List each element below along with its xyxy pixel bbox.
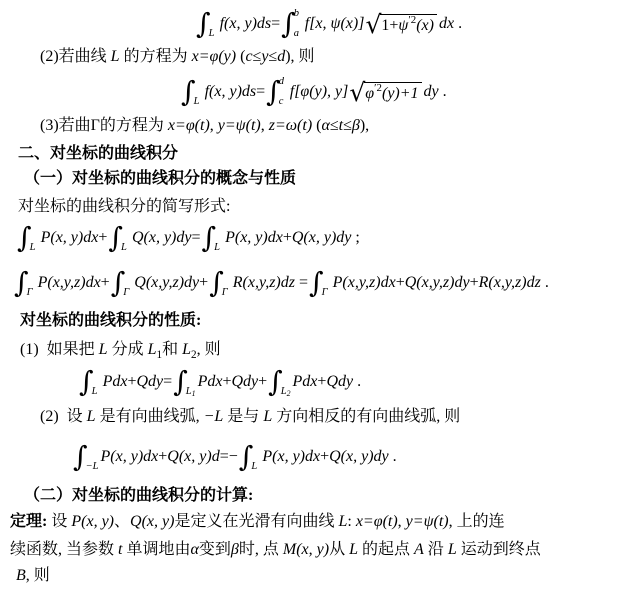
math-variable-run: L — [186, 386, 192, 397]
heading-properties: 对坐标的曲线积分的性质: — [20, 309, 201, 332]
formula-property-2-orientation: ∫−LP(x, y)dx+Q(x, y)d=−∫LP(x, y)dx+Q(x, … — [72, 440, 397, 474]
math-variable-run: L — [111, 48, 120, 65]
math-variable-run: L — [448, 541, 457, 558]
integral: ∫L1 — [173, 367, 195, 397]
integral: ∫L — [79, 367, 101, 397]
text-run: 从 — [329, 541, 349, 558]
text-run: 对坐标的曲线积分的简写形式: — [18, 198, 230, 215]
text-run: 续函数, 当参数 — [10, 541, 118, 558]
text-run: 1+ — [381, 18, 398, 34]
text-run: 单调地由 — [122, 541, 190, 558]
math-variable-run: f[φ(y), y] — [290, 84, 349, 100]
text-theorem-line-1: 定理: 设 P(x, y)、Q(x, y)是定义在光滑有向曲线 L: x=φ(t… — [10, 510, 505, 533]
integral-upper-limit — [186, 367, 196, 377]
text-run: . — [541, 275, 549, 291]
integral-limits: L — [30, 223, 39, 253]
integral: ∫ba — [281, 9, 303, 39]
integral-upper-limit — [251, 442, 260, 452]
text-run: + — [320, 449, 329, 465]
text-shorthand-intro: 对坐标的曲线积分的简写形式: — [18, 195, 230, 218]
text-run: + — [222, 374, 231, 390]
integral: ∫dc — [266, 77, 288, 107]
text-run: + — [101, 275, 110, 291]
text-run: . — [454, 16, 462, 32]
math-variable-run: x=φ(t) — [356, 513, 398, 530]
integral-upper-limit — [281, 367, 291, 377]
integral-lower-limit: L1 — [186, 387, 196, 398]
text-property-1: (1) 如果把 L 分成 L1和 L2, 则 — [20, 338, 221, 363]
math-variable-run: B — [16, 567, 26, 584]
formula-shorthand-2d: ∫LP(x, y)dx+∫LQ(x, y)dy=∫LP(x, y)dx+Q(x,… — [16, 221, 360, 255]
text-run: 定理: — [10, 513, 47, 530]
integral: ∫L — [181, 77, 203, 107]
text-case-3-space-curve: (3)若曲Γ的方程为 x=φ(t), y=ψ(t), z=ω(t) (α≤t≤β… — [40, 114, 369, 137]
radicand: φ′2(y)+1 — [364, 82, 421, 102]
text-run: + — [258, 374, 267, 390]
math-variable-run: y=ψ(t) — [218, 117, 261, 134]
integral: ∫−L — [73, 442, 99, 472]
math-variable-run: L — [99, 341, 108, 358]
integral-lower-limit: L — [30, 243, 39, 254]
text-run: 是有向曲线弧, — [96, 408, 204, 425]
text-property-2: (2) 设 L 是有向曲线弧, −L 是与 L 方向相反的有向曲线弧, 则 — [40, 405, 460, 428]
text-run: , — [261, 117, 269, 134]
text-run: 对坐标的曲线积分的性质: — [20, 312, 201, 329]
text-run: 是定义在光滑有向曲线 — [174, 513, 338, 530]
math-variable-run: Q(x, y)dy — [292, 230, 352, 246]
math-variable-run: Q(x,y,z)dy — [405, 275, 470, 291]
text-run: + — [199, 275, 208, 291]
text-run: 运动到终点 — [457, 541, 541, 558]
math-variable-run: α — [190, 541, 198, 558]
integral: ∫Γ — [209, 268, 231, 298]
math-variable-run: L — [87, 408, 96, 425]
text-run: 2 — [191, 349, 197, 361]
text-run: (1) 如果把 — [20, 341, 99, 358]
math-variable-run: z=ω(t) — [269, 117, 312, 134]
text-run: = — [271, 16, 280, 32]
math-variable-run: β — [231, 541, 239, 558]
heading-section-two: 二、对坐标的曲线积分 — [18, 142, 178, 165]
integral-limits: L — [92, 367, 101, 397]
math-variable-run: φ — [365, 86, 374, 102]
math-variable-run: f(x, y)ds — [205, 84, 257, 100]
math-variable-run: L — [263, 408, 272, 425]
integral-upper-limit — [123, 268, 132, 278]
text-run: , 则 — [197, 341, 221, 358]
square-root: √1+ψ′2(x) — [365, 12, 437, 37]
text-run: + — [127, 374, 136, 390]
math-variable-run: Q(x, y)dy — [132, 230, 192, 246]
math-variable-run: Pdx — [198, 374, 223, 390]
math-variable-run: L — [349, 541, 358, 558]
integral-lower-limit: Γ — [123, 288, 132, 299]
integral-upper-limit — [92, 367, 101, 377]
integral-lower-limit: c — [279, 97, 288, 108]
math-variable-run: P(x,y,z)dx — [333, 275, 396, 291]
math-variable-run: Qdy — [137, 374, 164, 390]
integral-lower-limit: Γ — [322, 288, 331, 299]
math-variable-run: f[x, ψ(x)] — [305, 16, 365, 32]
text-theorem-line-3: B, 则 — [16, 564, 50, 587]
integral-upper-limit — [86, 442, 99, 452]
integral-limits: L2 — [281, 367, 291, 397]
math-variable-run: Pdx — [103, 374, 128, 390]
text-run: 的方程为 — [120, 48, 192, 65]
math-variable-run: L — [182, 341, 191, 358]
text-run: = — [163, 374, 172, 390]
math-variable-run: x=φ(t) — [168, 117, 210, 134]
math-variable-run: P(x,y,z)dx — [38, 275, 101, 291]
text-case-2-curve-equation: (2)若曲线 L 的方程为 x=φ(y) (c≤y≤d), 则 — [40, 45, 315, 68]
text-run: 、 — [114, 513, 130, 530]
math-variable-run: P(x, y)dx — [262, 449, 320, 465]
math-variable-run: P(x, y)dx — [225, 230, 283, 246]
formula-arc-length-param-y: ∫Lf(x, y)ds=∫dcf[φ(y), y]√φ′2(y)+1dy . — [180, 75, 447, 109]
formula-arc-length-param-x: ∫Lf(x, y)ds=∫baf[x, ψ(x)]√1+ψ′2(x)dx . — [195, 7, 462, 41]
integral: ∫Γ — [111, 268, 133, 298]
integral-lower-limit: Γ — [27, 288, 36, 299]
math-variable-run: ψ — [398, 18, 408, 34]
math-variable-run: Qdy — [231, 374, 258, 390]
text-run: =− — [220, 449, 238, 465]
text-run: + — [470, 275, 479, 291]
integral-lower-limit: Γ — [222, 288, 231, 299]
integral: ∫L — [239, 442, 261, 472]
text-run: , 上的连 — [449, 513, 505, 530]
math-variable-run: dy — [424, 84, 439, 100]
text-run: （一）对坐标的曲线积分的概念与性质 — [24, 170, 296, 187]
radical-icon: √ — [365, 12, 381, 37]
math-variable-run: P(x, y)dx — [41, 230, 99, 246]
integral-lower-limit: L — [121, 243, 130, 254]
text-run: ′2 — [374, 83, 382, 94]
text-run: = — [191, 230, 200, 246]
text-run: + — [283, 230, 292, 246]
integral-limits: L — [194, 77, 203, 107]
text-run: 变到 — [199, 541, 231, 558]
integral: ∫L — [108, 223, 130, 253]
integral: ∫Γ — [309, 268, 331, 298]
text-run: = — [256, 84, 265, 100]
integral-limits: L — [209, 9, 218, 39]
math-variable-run: c≤y≤d — [245, 48, 285, 65]
radical-icon: √ — [349, 80, 365, 105]
integral-lower-limit: L — [92, 387, 101, 398]
math-variable-run: (y)+1 — [382, 86, 419, 102]
text-run: 1 — [157, 349, 163, 361]
integral-limits: Γ — [322, 268, 331, 298]
text-run: ′2 — [408, 15, 416, 26]
text-run: , — [210, 117, 218, 134]
integral: ∫Γ — [14, 268, 36, 298]
math-variable-run: f(x, y)ds — [220, 16, 272, 32]
integral-lower-limit: L — [209, 29, 218, 40]
integral: ∫L — [196, 9, 218, 39]
text-run: . — [389, 449, 397, 465]
math-variable-run: Q(x, y)dy — [329, 449, 389, 465]
integral: ∫L2 — [268, 367, 290, 397]
text-theorem-line-2: 续函数, 当参数 t 单调地由α变到β时, 点 M(x, y)从 L 的起点 A… — [10, 538, 541, 561]
text-run: + — [396, 275, 405, 291]
heading-subsection-one-concept: （一）对坐标的曲线积分的概念与性质 — [24, 167, 296, 190]
integral-upper-limit — [209, 9, 218, 19]
text-run: . — [439, 84, 447, 100]
integral-upper-limit — [214, 223, 223, 233]
integral-lower-limit: L2 — [281, 387, 291, 398]
text-run: ; — [351, 230, 359, 246]
text-run: (2)若曲线 — [40, 48, 111, 65]
text-run: + — [98, 230, 107, 246]
math-variable-run: L — [148, 341, 157, 358]
integral-lower-limit: L — [214, 243, 223, 254]
integral-lower-limit: L — [194, 97, 203, 108]
integral-lower-limit: −L — [86, 462, 99, 473]
text-run: , — [398, 513, 406, 530]
text-run: ), — [360, 117, 369, 134]
text-run: + — [158, 449, 167, 465]
heading-subsection-two-calculation: （二）对坐标的曲线积分的计算: — [24, 484, 253, 507]
math-variable-run: −L — [204, 408, 224, 425]
text-run: 分成 — [108, 341, 148, 358]
integral: ∫L — [17, 223, 39, 253]
text-run: 和 — [162, 341, 182, 358]
integral-limits: Γ — [123, 268, 132, 298]
math-variable-run: Q(x,y,z)dy — [134, 275, 199, 291]
math-variable-run: Pdx — [293, 374, 318, 390]
text-run: . — [353, 374, 361, 390]
math-variable-run: Qdy — [326, 374, 353, 390]
document-page: ∫Lf(x, y)ds=∫baf[x, ψ(x)]√1+ψ′2(x)dx .(2… — [0, 0, 638, 595]
text-run: （二）对坐标的曲线积分的计算: — [24, 487, 253, 504]
integral-limits: L — [214, 223, 223, 253]
integral-limits: Γ — [27, 268, 36, 298]
math-variable-run: P(x, y) — [71, 513, 114, 530]
text-run: 2 — [287, 389, 291, 398]
integral-limits: L1 — [186, 367, 196, 397]
text-run: 设 — [47, 513, 71, 530]
integral-upper-limit — [30, 223, 39, 233]
formula-property-1-additivity: ∫LPdx+Qdy=∫L1Pdx+Qdy+∫L2Pdx+Qdy . — [78, 365, 361, 399]
math-variable-run: R(x,y,z)dz — [479, 275, 541, 291]
integral-limits: L — [121, 223, 130, 253]
math-variable-run: A — [414, 541, 424, 558]
integral-upper-limit: b — [294, 9, 303, 19]
text-run: 方向相反的有向曲线弧, 则 — [272, 408, 460, 425]
integral-upper-limit — [121, 223, 130, 233]
text-run: 时, 点 — [239, 541, 283, 558]
text-run: , 则 — [26, 567, 50, 584]
math-variable-run: x=φ(y) — [192, 48, 237, 65]
integral-limits: dc — [279, 77, 288, 107]
text-run: = — [295, 275, 308, 291]
text-run: : — [347, 513, 355, 530]
integral-upper-limit — [27, 268, 36, 278]
integral-upper-limit — [194, 77, 203, 87]
integral-lower-limit: L — [251, 462, 260, 473]
formula-shorthand-3d: ∫ΓP(x,y,z)dx+∫ΓQ(x,y,z)dy+∫ΓR(x,y,z)dz =… — [13, 266, 549, 300]
text-run: 是与 — [223, 408, 263, 425]
math-variable-run: y=ψ(t) — [406, 513, 449, 530]
integral-upper-limit — [222, 268, 231, 278]
integral-upper-limit: d — [279, 77, 288, 87]
text-run: ), 则 — [285, 48, 314, 65]
integral-limits: −L — [86, 442, 99, 472]
integral-upper-limit — [322, 268, 331, 278]
math-variable-run: R(x,y,z)dz — [233, 275, 295, 291]
integral-lower-limit: a — [294, 29, 303, 40]
text-run: (3)若曲Γ的方程为 — [40, 117, 168, 134]
integral: ∫L — [202, 223, 224, 253]
integral-limits: ba — [294, 9, 303, 39]
integral-limits: L — [251, 442, 260, 472]
math-variable-run: L — [281, 386, 287, 397]
text-run: 的起点 — [358, 541, 414, 558]
math-variable-run: M(x, y) — [283, 541, 329, 558]
math-variable-run: Q(x, y) — [130, 513, 174, 530]
math-variable-run: dx — [439, 16, 454, 32]
text-run: (2) 设 — [40, 408, 87, 425]
integral-limits: Γ — [222, 268, 231, 298]
text-run: 1 — [192, 389, 196, 398]
math-variable-run: Q(x, y)d — [167, 449, 219, 465]
text-run: + — [317, 374, 326, 390]
math-variable-run: (x) — [416, 18, 434, 34]
math-variable-run: P(x, y)dx — [101, 449, 159, 465]
radicand: 1+ψ′2(x) — [380, 14, 437, 34]
text-run: 沿 — [424, 541, 448, 558]
text-run: 二、对坐标的曲线积分 — [18, 145, 178, 162]
math-variable-run: α≤t≤β — [321, 117, 359, 134]
square-root: √φ′2(y)+1 — [349, 80, 421, 105]
